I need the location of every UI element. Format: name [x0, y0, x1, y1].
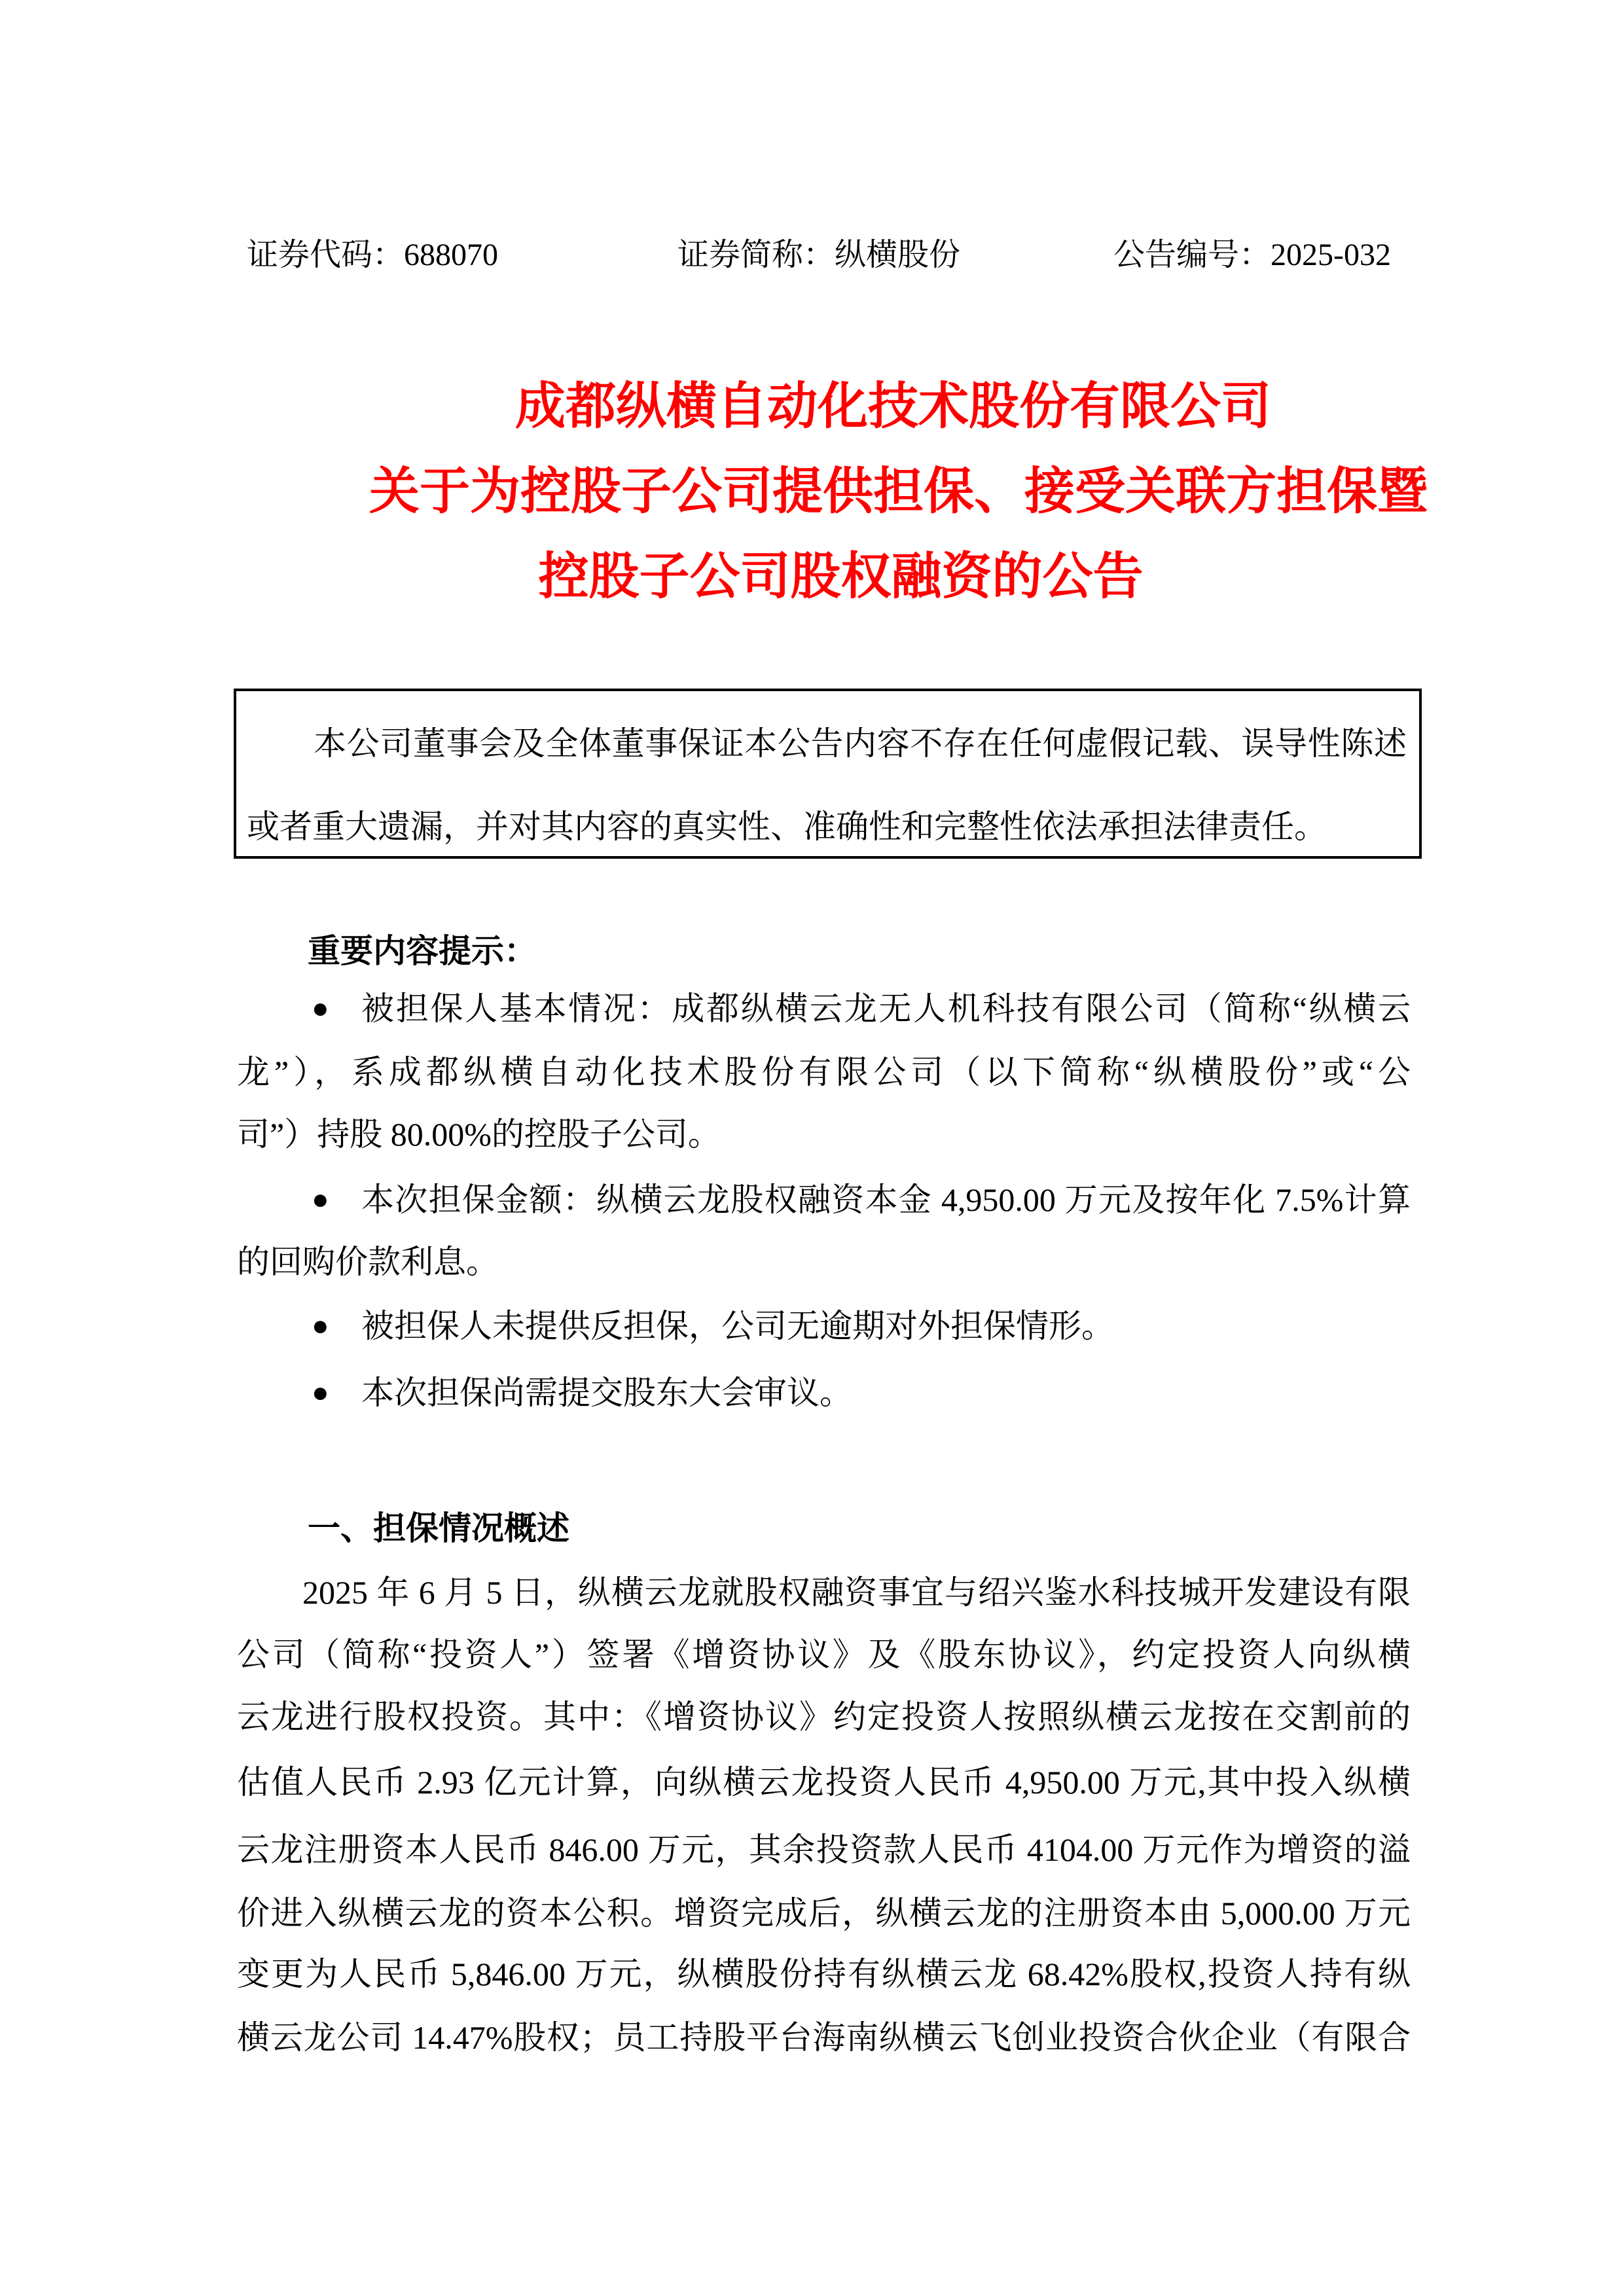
bullet-dot: ●	[312, 991, 329, 1026]
announcement-no-text: 公告编号：2025-032	[1113, 238, 1391, 273]
bullet-dot: ●	[312, 1182, 329, 1217]
paragraph-line: 2025 年 6 月 5 日，纵横云龙就股权融资事宜与绍兴鉴水科技城开发建设有限	[302, 1575, 1411, 1610]
paragraph-line: 横云龙公司 14.47%股权；员工持股平台海南纵横云飞创业投资合伙企业（有限合	[237, 2020, 1411, 2055]
paragraph-line: 价进入纵横云龙的资本公积。增资完成后，纵横云龙的注册资本由 5,000.00 万…	[237, 1895, 1411, 1931]
bullet-dot: ●	[312, 1308, 329, 1344]
bullet-line: 司”）持股 80.00%的控股子公司。	[237, 1117, 721, 1152]
paragraph-line: 公司（简称“投资人”）签署《增资协议》及《股东协议》，约定投资人向纵横	[237, 1637, 1411, 1672]
title-line-1: 成都纵横自动化技术股份有限公司	[81, 380, 1624, 433]
section-1-heading: 一、担保情况概述	[308, 1511, 569, 1546]
title-line-2: 关于为控股子公司提供担保、接受关联方担保暨	[86, 465, 1624, 518]
paragraph-line: 估值人民币 2.93 亿元计算，向纵横云龙投资人民币 4,950.00 万元,其…	[237, 1765, 1411, 1800]
important-notice-heading: 重要内容提示：	[308, 933, 537, 969]
announcement-page: 证券代码：688070 证券简称：纵横股份 公告编号：2025-032 成都纵横…	[0, 0, 1624, 2296]
paragraph-line: 变更为人民币 5,846.00 万元，纵横股份持有纵横云龙 68.42%股权,投…	[237, 1956, 1411, 1992]
bullet-dot: ●	[312, 1375, 329, 1410]
bullet-line: 被担保人基本情况：成都纵横云龙无人机科技有限公司（简称“纵横云	[361, 991, 1411, 1026]
bullet-line: 本次担保金额：纵横云龙股权融资本金 4,950.00 万元及按年化 7.5%计算	[361, 1182, 1411, 1217]
bullet-line: 本次担保尚需提交股东大会审议。	[361, 1375, 852, 1410]
stock-code-text: 证券代码：688070	[247, 238, 498, 273]
disclaimer-line-1: 本公司董事会及全体董事保证本公告内容不存在任何虚假记载、误导性陈述	[314, 726, 1407, 761]
bullet-line: 的回购价款利息。	[237, 1244, 499, 1280]
disclaimer-line-2: 或者重大遗漏，并对其内容的真实性、准确性和完整性依法承担法律责任。	[247, 809, 1327, 844]
paragraph-line: 云龙进行股权投资。其中：《增资协议》约定投资人按照纵横云龙按在交割前的	[237, 1699, 1411, 1734]
bullet-line: 被担保人未提供反担保，公司无逾期对外担保情形。	[361, 1308, 1114, 1344]
paragraph-line: 云龙注册资本人民币 846.00 万元，其余投资款人民币 4104.00 万元作…	[237, 1832, 1411, 1867]
title-line-3: 控股子公司股权融资的公告	[29, 550, 1624, 603]
bullet-line: 龙”），系成都纵横自动化技术股份有限公司（以下简称“纵横股份”或“公	[237, 1054, 1411, 1090]
stock-abbr-text: 证券简称：纵横股份	[677, 238, 960, 273]
